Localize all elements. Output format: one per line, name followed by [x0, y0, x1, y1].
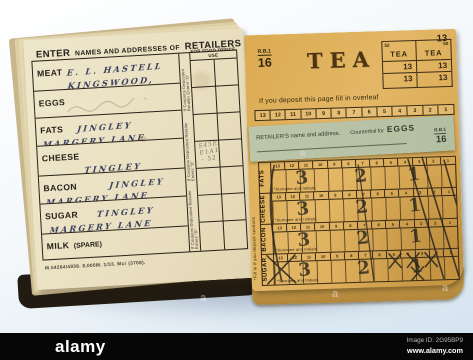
commodity-coupon-grid: FATS 13121110987654321 3 2 1 *Surname an…	[258, 156, 460, 286]
row-label: MEAT	[37, 67, 63, 78]
coupon-label: TEA	[383, 49, 416, 59]
strip-number-cell: 6	[372, 221, 386, 228]
counterfoil-for-text: Counterfoil for	[350, 128, 384, 136]
strip-number-cell: 13	[274, 254, 288, 261]
rb-number: 16	[434, 132, 446, 144]
strip-number-cell: 5	[387, 251, 401, 258]
printer-code: M.54264/4838. 8,000M. 1/33. Mcr (3708).	[45, 261, 146, 272]
counterfoil-commodity: EGGS	[387, 123, 416, 135]
row-label: SUGAR	[45, 210, 79, 222]
strip-number-cell: 13	[273, 224, 287, 231]
strip-number-cell: 10	[301, 109, 317, 118]
alamy-watermark-bar: alamy Image ID: 2G95BP9 www.alamy.com	[0, 333, 473, 360]
tea-coupon: 52 TEA 13 13	[381, 40, 417, 89]
counterfoil-text: RETAILER'S name and address. Counterfoil…	[256, 121, 447, 142]
row-label-text: SUGAR	[262, 255, 274, 285]
retailers-table: MEAT E. L. HASTELL KINGSWOOD, EGGS FATS …	[31, 49, 248, 260]
coupon-row-body: 13121110987654321 3 2 1 *Surname and Ini…	[272, 188, 457, 224]
row-label: BACON	[43, 182, 77, 194]
stamped-numeral: 2	[355, 227, 370, 249]
strip-number-cell: 13	[272, 193, 286, 200]
tea-coupon-page: 13 R.B.1 16 TEA 52 TEA 13 13 50 TEA 13 1…	[244, 29, 464, 292]
strip-number-cell: 10	[314, 192, 328, 199]
strip-number-cell: 8	[332, 108, 348, 117]
stamped-numeral: 1	[410, 256, 425, 278]
tea-coupon-boxes: 52 TEA 13 13 50 TEA 13 13	[381, 39, 452, 89]
coupon-value: 13	[417, 59, 451, 72]
strip-number-cell: 9	[316, 109, 331, 118]
strip-number-cell: 1	[443, 218, 457, 225]
strip-number-cell: 9	[330, 222, 344, 229]
ration-book-code: R.B.1 16	[257, 50, 272, 70]
strip-number-cell: 5	[384, 159, 398, 166]
strip-number-cell: 9	[328, 160, 342, 167]
stamped-numeral: 1	[407, 164, 422, 186]
coupon-row-body: 13121110987654321 3 2 1 *Surname and Ini…	[271, 157, 456, 193]
strip-number-cell: 1	[444, 249, 458, 256]
strip-number-cell: 9	[329, 191, 343, 198]
strip-number-cell: 1	[441, 157, 455, 164]
row-label-suffix: (SPARE)	[74, 241, 103, 250]
counterfoil-rb-code: R.B.1 16	[434, 128, 447, 145]
strip-number-cell: 10	[315, 222, 329, 229]
coupon-serial: 50	[443, 41, 448, 46]
coupon-value: 13	[417, 71, 451, 84]
coupon-serial: 52	[384, 43, 389, 48]
strip-number-cell: 9	[331, 253, 345, 260]
coupon-row-sugar: SUGAR 13121110987654321 3 2 1 *Surname a…	[261, 249, 460, 286]
strip-number-cell: 4	[392, 106, 408, 115]
strip-number-cell: 2	[423, 105, 439, 114]
coupon-row-body: 13121110987654321 3 2 1 *Surname and Ini…	[274, 249, 459, 285]
stock-photo-ration-book: ENTER NAMES AND ADDRESSES OF RETAILERS M…	[0, 0, 473, 360]
strip-number-cell: 6	[373, 251, 387, 258]
counterfoil-writing-line	[257, 143, 407, 152]
row-label: FATS	[40, 124, 63, 135]
row-commodity-label: BACON	[261, 224, 274, 254]
strip-number-cell: 6	[362, 107, 378, 116]
strip-number-cell: 5	[377, 107, 392, 116]
strip-number-cell: 3	[408, 106, 424, 115]
stamped-numeral: 2	[354, 196, 369, 218]
row-label: EGGS	[38, 97, 65, 108]
strip-number-cell: 6	[371, 190, 385, 197]
handwritten-retailer-name: JINGLEY	[109, 176, 165, 190]
row-commodity-label: SUGAR	[262, 255, 275, 285]
coupon-value: 13	[383, 60, 416, 73]
eggs-counterfoil-slip: RETAILER'S name and address. Counterfoil…	[249, 115, 456, 161]
retailers-table-main-column: MEAT E. L. HASTELL KINGSWOOD, EGGS FATS …	[32, 54, 189, 260]
strip-number-cell: 2	[429, 219, 443, 226]
row-label: CHEESE	[42, 151, 80, 163]
strip-number-cell: 6	[370, 159, 384, 166]
stamped-numeral: 1	[408, 194, 423, 216]
coupon-row-body: 13121110987654321 3 2 1 *Surname and Ini…	[273, 218, 458, 254]
strip-number-cell: 1	[438, 105, 453, 114]
strip-number-cell: 11	[286, 110, 302, 119]
pencil-office-note: S45E E1A1 – 52	[198, 141, 221, 166]
strip-number-cell: 13	[255, 111, 270, 120]
row-commodity-label: FATS	[259, 163, 272, 193]
strip-number-cell: 10	[316, 253, 330, 260]
alamy-credit: Image ID: 2G95BP9 www.alamy.com	[407, 337, 463, 355]
retailers-page: ENTER NAMES AND ADDRESSES OF RETAILERS M…	[23, 28, 257, 290]
strip-number-cell: 10	[313, 161, 327, 168]
strip-number-cell: 2	[428, 188, 442, 195]
rb-code: R.B.1	[434, 128, 446, 133]
strip-number-cell: 1	[442, 188, 456, 195]
counterfoil-retailer-text: RETAILER'S name and address.	[256, 131, 340, 142]
strip-number-cell: 2	[427, 157, 441, 164]
margin-footnote: *Fill in if you deposit sections	[249, 165, 258, 280]
handwritten-retailer-name: TINGLEY	[96, 205, 155, 219]
row-label-text: FATS	[259, 163, 271, 193]
image-id-text: Image ID: 2G95BP9	[407, 337, 463, 346]
strip-number-cell: 5	[385, 189, 399, 196]
row-commodity-label: CHEESE	[260, 193, 273, 223]
strip-number-cell: 5	[386, 220, 400, 227]
row-label-text: CHEESE	[260, 193, 272, 223]
strip-number-cell: 7	[347, 108, 363, 117]
alamy-url-text: www.alamy.com	[407, 346, 463, 356]
page-title-tea: TEA	[306, 46, 376, 73]
alamy-logo: alamy	[55, 337, 106, 357]
strip-number-cell: 12	[271, 110, 287, 119]
rb-number: 16	[258, 55, 272, 70]
deposit-instruction: If you deposit this page fill in overlea…	[259, 94, 379, 105]
stamped-numeral: 1	[409, 225, 424, 247]
strip-number-cell: 2	[430, 249, 444, 256]
tea-coupon: 50 TEA 13 13	[416, 39, 452, 88]
row-label-text: BACON	[261, 224, 273, 254]
strip-number-cell: 13	[271, 162, 285, 169]
stamped-numeral: 2	[353, 165, 368, 187]
stamped-numeral: 2	[356, 257, 371, 279]
rb-code: R.B.1	[257, 50, 271, 56]
row-label: MILK	[46, 240, 69, 251]
handwritten-retailer-name: JINGLEY	[77, 120, 133, 134]
coupon-value: 13	[383, 72, 416, 85]
coupon-label: TEA	[417, 48, 451, 58]
